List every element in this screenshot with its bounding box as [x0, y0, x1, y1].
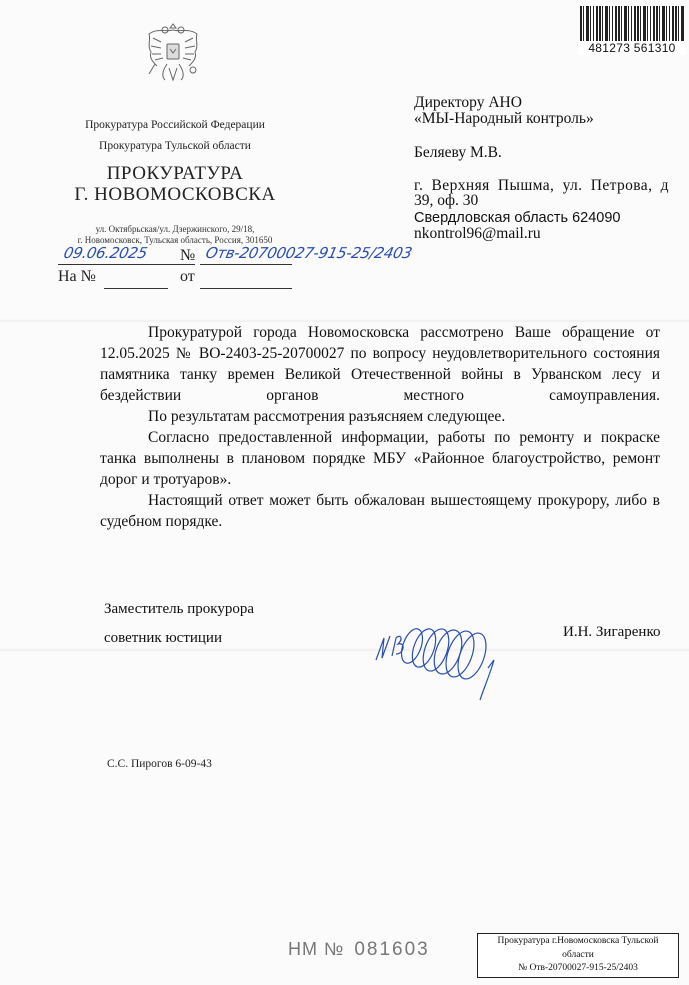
letter-body: Прокуратурой города Новомосковска рассмо… — [100, 322, 660, 532]
outgoing-number-handwritten: Отв-20700027-915-25/2403 — [204, 244, 414, 262]
recipient-address-line1: г. Верхняя Пышма, ул. Петрова, д — [414, 178, 686, 193]
sender-org-line2: Прокуратура Тульской области — [25, 140, 325, 152]
registration-line2: области — [478, 949, 678, 963]
body-paragraph-1: Прокуратурой города Новомосковска рассмо… — [100, 322, 660, 406]
signer-position: Заместитель прокурора — [104, 601, 254, 618]
registration-stamp-box: Прокуратура г.Новомосковска Тульской обл… — [477, 933, 679, 978]
recipient-email: nkontrol96@mail.ru — [414, 226, 541, 241]
executor-contact: С.С. Пирогов 6-09-43 — [107, 758, 212, 770]
signer-name: И.Н. Зигаренко — [563, 624, 660, 641]
reply-date-field — [200, 268, 292, 288]
sender-org-line1: Прокуратура Российской Федерации — [25, 119, 325, 131]
barcode-icon — [580, 6, 684, 42]
serial-number: 081603 — [354, 939, 429, 960]
recipient-organization: «МЫ-Народный контроль» — [414, 111, 594, 126]
barcode: 481273 561310 — [578, 4, 686, 56]
recipient-position: Директору АНО — [414, 95, 522, 110]
body-paragraph-2: По результатам рассмотрения разъясняем с… — [100, 406, 660, 427]
sender-title-line2: Г. НОВОМОСКОВСКА — [25, 184, 325, 206]
registration-line3: № Отв-20700027-915-25/2403 — [478, 962, 678, 976]
barcode-number: 481273 561310 — [578, 41, 686, 55]
scan-artifact — [0, 648, 689, 652]
outgoing-number-field: Отв-20700027-915-25/2403 — [200, 244, 430, 266]
signer-rank: советник юстиции — [104, 630, 222, 647]
document-serial-stamp: НМ №081603 — [288, 939, 430, 961]
recipient-address-line2: 39, оф. 30 — [414, 193, 478, 208]
sender-address-line1: ул. Октябрьская/ул. Дзержинского, 29/18, — [15, 224, 335, 234]
reply-from-label: от — [180, 268, 195, 286]
registration-line1: Прокуратура г.Новомосковска Тульской — [478, 935, 678, 949]
russian-coat-of-arms-icon — [143, 20, 203, 88]
outgoing-number-label: № — [180, 247, 195, 265]
reply-number-field — [104, 268, 172, 288]
sender-title-line1: ПРОКУРАТУРА — [25, 163, 325, 185]
outgoing-date-field: 09.06.2025 — [58, 244, 198, 266]
serial-prefix: НМ № — [288, 939, 344, 959]
recipient-region: Свердловская область 624090 — [414, 211, 620, 226]
outgoing-date-handwritten: 09.06.2025 — [62, 244, 149, 262]
body-paragraph-4: Настоящий ответ может быть обжалован выш… — [100, 490, 660, 532]
reply-number-label: На № — [58, 268, 96, 286]
body-paragraph-3: Согласно предоставленной информации, раб… — [100, 427, 660, 490]
handwritten-signature-icon — [370, 608, 520, 703]
recipient-name: Беляеву М.В. — [414, 145, 502, 160]
